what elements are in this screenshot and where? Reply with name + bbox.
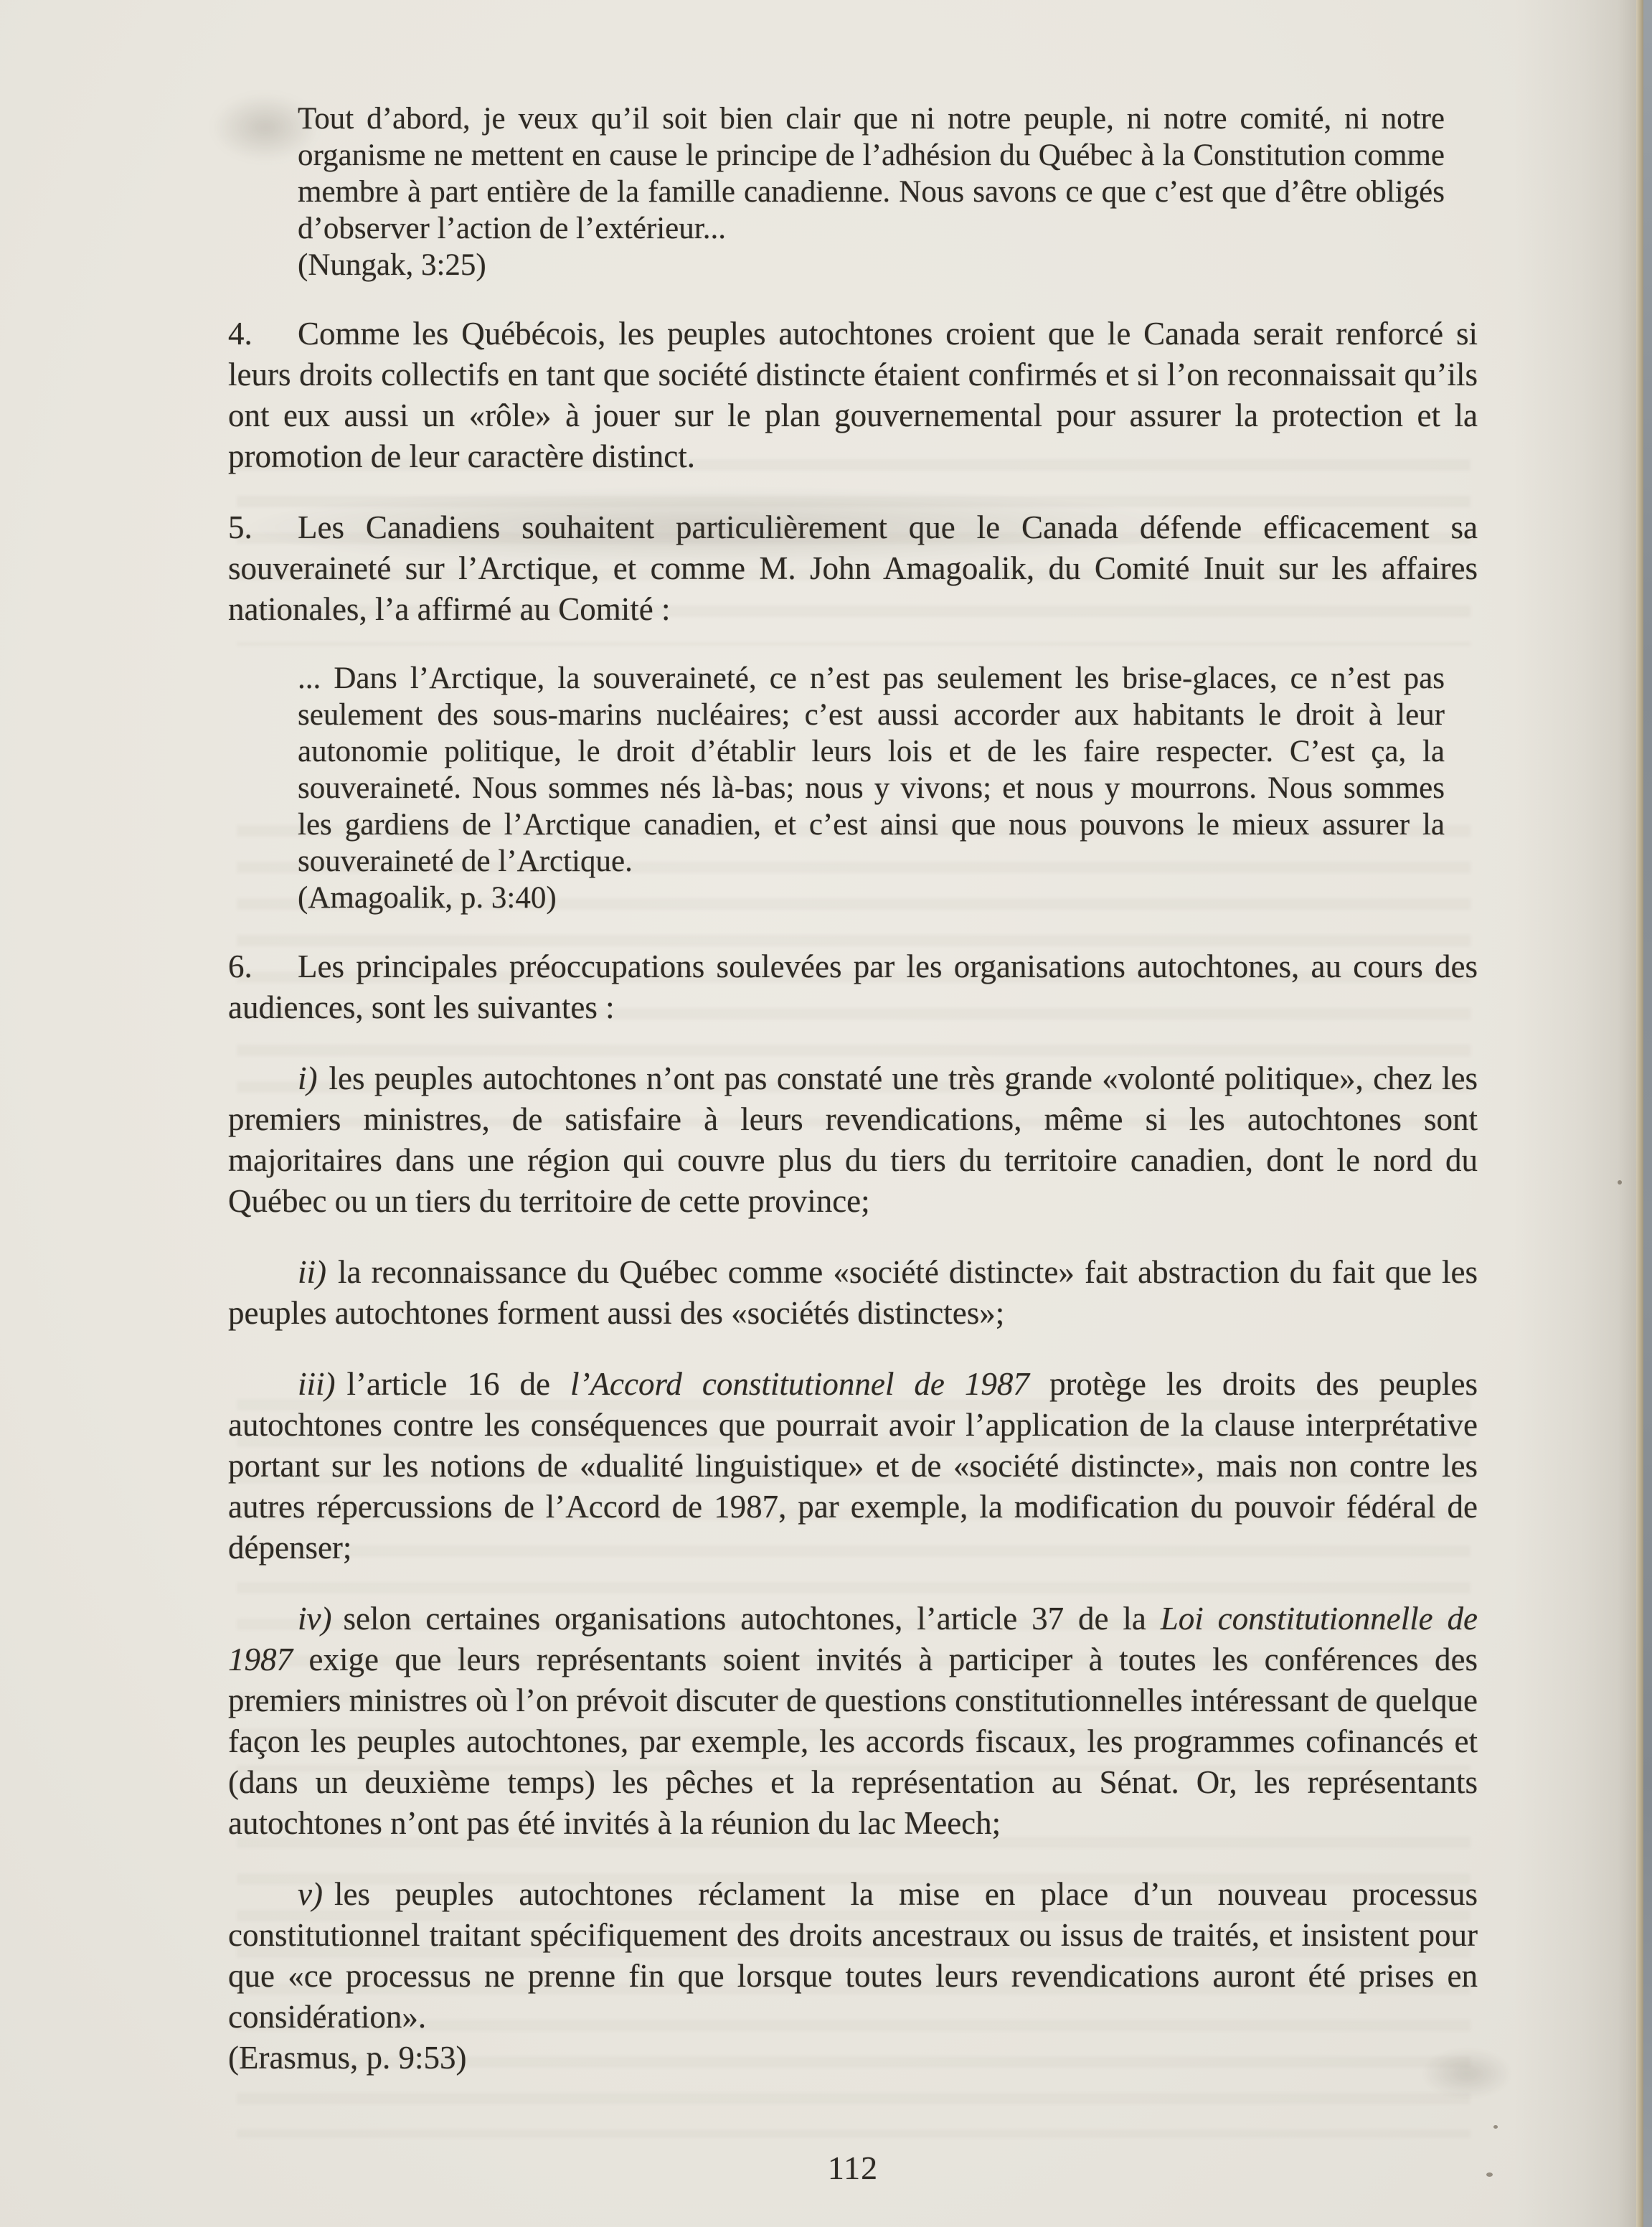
item-i: i)les peuples autochtones n’ont pas cons…: [228, 1058, 1478, 1222]
paragraph-number: 6.: [228, 946, 298, 987]
item-marker: iii): [298, 1366, 336, 1402]
scan-speck: [1493, 2125, 1498, 2129]
scanner-background-strip: [1643, 0, 1652, 2227]
quote-citation-erasmus: (Erasmus, p. 9:53): [228, 2038, 1478, 2078]
page-number: 112: [228, 2149, 1478, 2187]
item-text: la reconnaissance du Québec comme «socié…: [228, 1254, 1478, 1331]
item-ii: ii)la reconnaissance du Québec comme «so…: [228, 1252, 1478, 1334]
quote-citation-amagoalik: (Amagoalik, p. 3:40): [298, 880, 1445, 916]
page-edge: [1636, 0, 1643, 2227]
item-marker: i): [298, 1060, 318, 1096]
item-v: v)les peuples autochtones réclament la m…: [228, 1874, 1478, 2038]
quote-nungak: Tout d’abord, je veux qu’il soit bien cl…: [298, 100, 1445, 283]
paragraph-number: 4.: [228, 314, 298, 354]
item-text: l’article 16 de: [347, 1366, 571, 1402]
paragraph-4: 4.Comme les Québécois, les peuples autoc…: [228, 314, 1478, 477]
quote-text: ... Dans l’Arctique, la souveraineté, ce…: [298, 661, 1445, 878]
scanned-page: Tout d’abord, je veux qu’il soit bien cl…: [0, 0, 1652, 2227]
page-content: Tout d’abord, je veux qu’il soit bien cl…: [228, 100, 1478, 2078]
item-marker: ii): [298, 1254, 326, 1290]
paragraph-text: Les principales préoccupations soulevées…: [228, 948, 1478, 1025]
item-text: les peuples autochtones n’ont pas consta…: [228, 1060, 1478, 1219]
quote-text: Tout d’abord, je veux qu’il soit bien cl…: [298, 102, 1445, 245]
paragraph-number: 5.: [228, 507, 298, 548]
scan-speck: [1486, 2172, 1493, 2177]
item-text: selon certaines organisations autochtone…: [343, 1601, 1160, 1637]
paragraph-6: 6.Les principales préoccupations soulevé…: [228, 946, 1478, 1028]
paragraph-text: Les Canadiens souhaitent particulièremen…: [228, 509, 1478, 627]
quote-citation-nungak: (Nungak, 3:25): [298, 247, 1445, 283]
paragraph-5: 5.Les Canadiens souhaitent particulièrem…: [228, 507, 1478, 630]
item-iv: iv)selon certaines organisations autocht…: [228, 1599, 1478, 1844]
item-text-italic: l’Accord constitutionnel de 1987: [570, 1366, 1029, 1402]
item-text: les peuples autochtones réclament la mis…: [228, 1876, 1478, 2035]
paragraph-text: Comme les Québécois, les peuples autocht…: [228, 316, 1478, 474]
item-iii: iii)l’article 16 de l’Accord constitutio…: [228, 1364, 1478, 1568]
page-curvature-shadow: [1514, 0, 1636, 2227]
item-marker: iv): [298, 1601, 331, 1637]
item-marker: v): [298, 1876, 323, 1912]
item-text: exige que leurs représentants soient inv…: [228, 1642, 1478, 1841]
quote-amagoalik: ... Dans l’Arctique, la souveraineté, ce…: [298, 660, 1445, 916]
